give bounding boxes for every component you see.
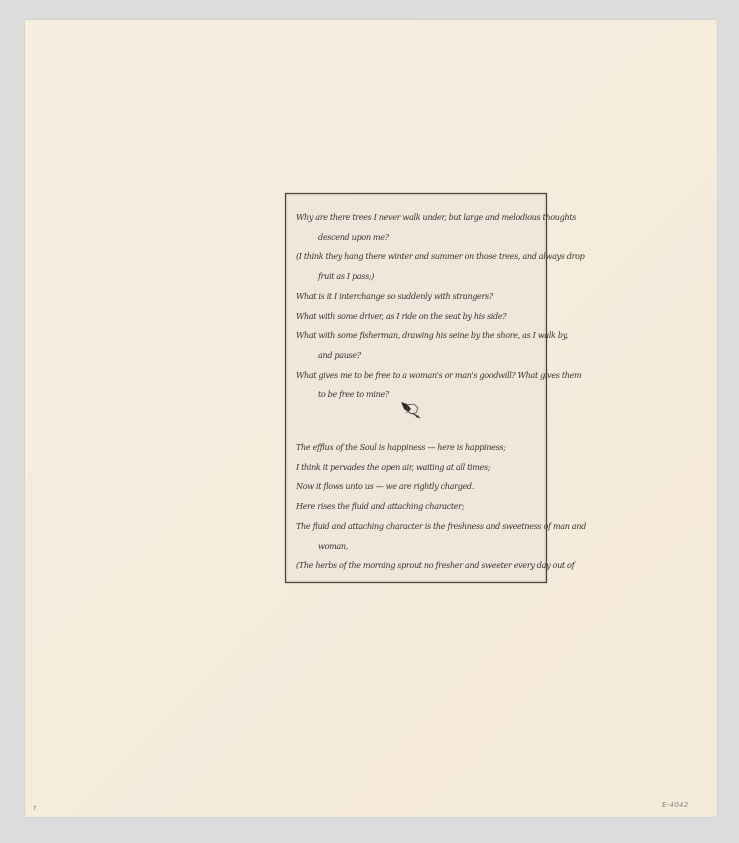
poem-line: What gives me to be free to a woman's or… <box>296 366 540 386</box>
poem-line: (I think they hang there winter and summ… <box>296 247 540 267</box>
poem-line: woman, <box>296 537 540 557</box>
poem-line: Why are there trees I never walk under, … <box>296 208 540 228</box>
poem-line: I think it pervades the open air, waitin… <box>296 458 540 478</box>
corner-mark: 7 <box>33 806 36 812</box>
poem-line: What with some driver, as I ride on the … <box>296 307 540 327</box>
etched-plate: Why are there trees I never walk under, … <box>285 193 547 583</box>
inventory-number: E-4042 <box>662 801 689 809</box>
poem-line: (The herbs of the morning sprout no fres… <box>296 556 540 576</box>
poem-line: The efflux of the Soul is happiness — he… <box>296 438 540 458</box>
poem-line: What with some fisherman, drawing his se… <box>296 326 540 346</box>
leaf-ornament-icon <box>398 400 424 420</box>
poem-line: Here rises the fluid and attaching chara… <box>296 497 540 517</box>
poem-line: The fluid and attaching character is the… <box>296 517 540 537</box>
poem-line: Now it flows unto us — we are rightly ch… <box>296 477 540 497</box>
poem-line: descend upon me? <box>296 228 540 248</box>
poem-line: fruit as I pass;) <box>296 267 540 287</box>
poem-text: Why are there trees I never walk under, … <box>296 208 540 576</box>
poem-line: and pause? <box>296 346 540 366</box>
poem-line: What is it I interchange so suddenly wit… <box>296 287 540 307</box>
